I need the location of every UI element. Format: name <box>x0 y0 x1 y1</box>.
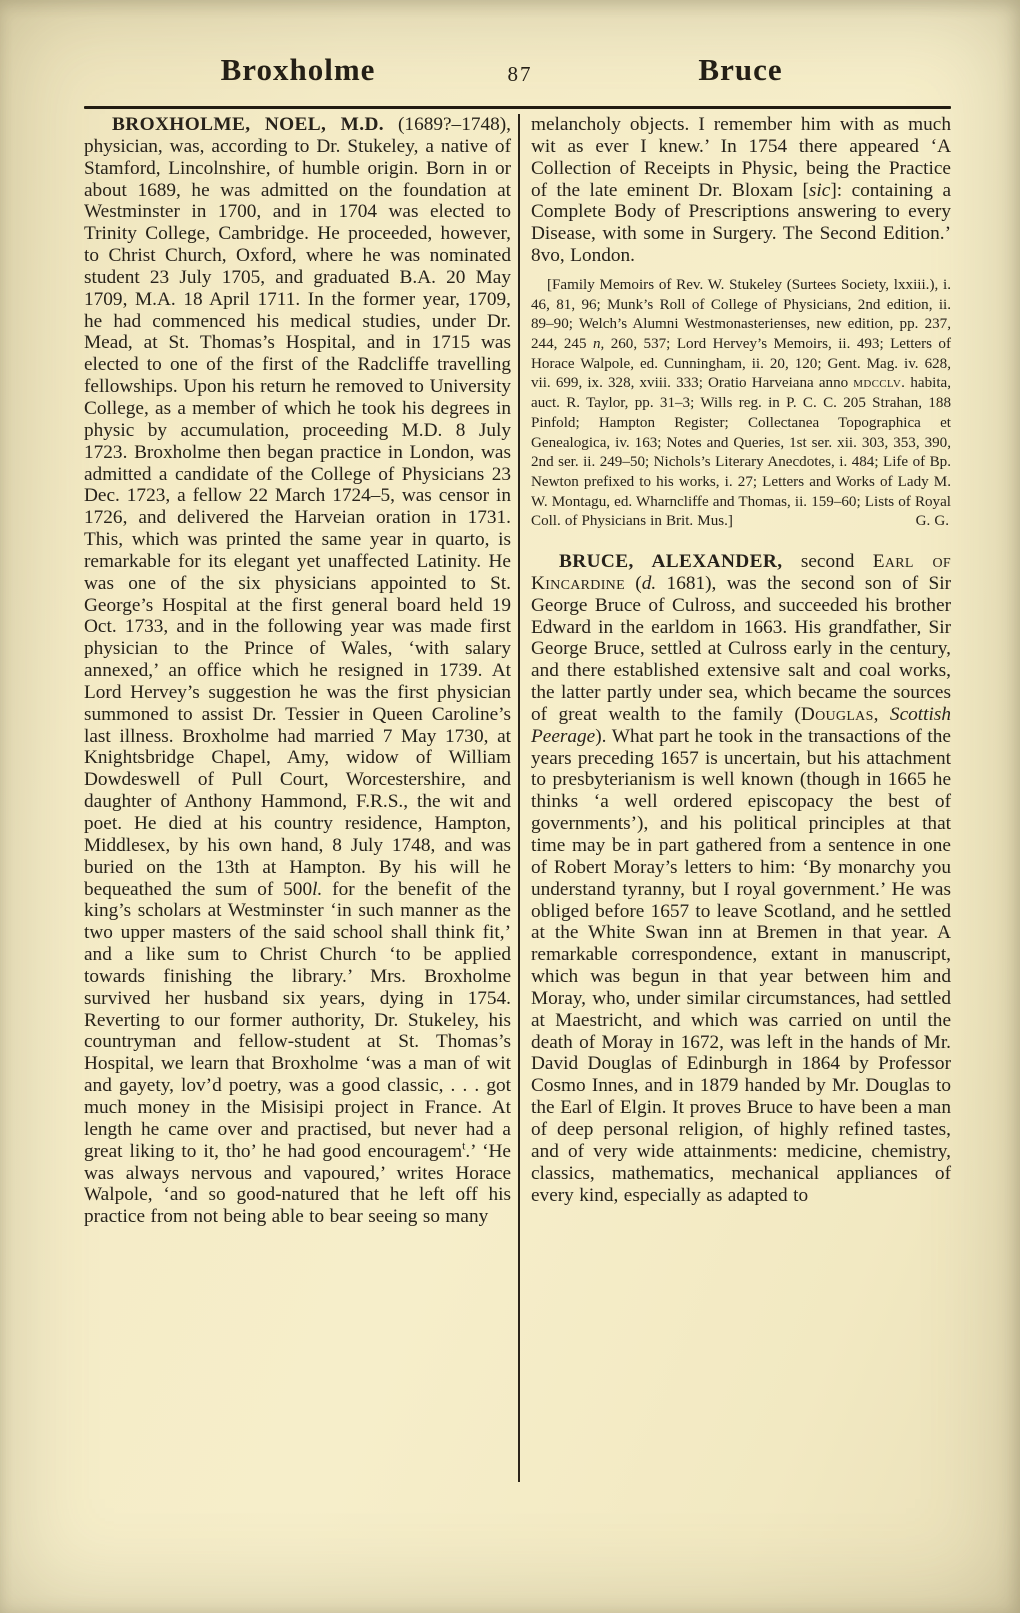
text-segment: sic <box>809 180 830 201</box>
text-segment: ). What part he took in the transactions… <box>531 726 951 1206</box>
text-columns: BROXHOLME, NOEL, M.D. (1689?–1748), phys… <box>84 114 951 1484</box>
header-rule <box>84 106 951 109</box>
text-segment: l. <box>312 879 322 900</box>
left-column: BROXHOLME, NOEL, M.D. (1689?–1748), phys… <box>84 114 511 1484</box>
text-segment: BRUCE, ALEXANDER, <box>559 551 782 572</box>
text-segment: 1681), was the second son of Sir George … <box>531 573 951 725</box>
entry-broxholme: BROXHOLME, NOEL, M.D. (1689?–1748), phys… <box>84 114 511 1228</box>
text-segment: for the benefit of the king’s scholars a… <box>84 879 511 1162</box>
text-segment: Douglas <box>801 704 874 725</box>
running-head-right: Bruce <box>531 52 950 88</box>
running-head-left: Broxholme <box>85 52 511 88</box>
column-divider <box>518 114 520 1482</box>
text-segment: habita, auct. R. Taylor, pp. 31–3; Wills… <box>531 375 951 529</box>
bibliography-broxholme: [Family Memoirs of Rev. W. Stukeley (Sur… <box>531 276 951 532</box>
text-segment: G. G. <box>900 512 951 532</box>
text-segment: , <box>874 704 890 725</box>
text-segment: d. <box>642 573 656 594</box>
entry-broxholme-continuation: melancholy objects. I remember him with … <box>531 114 951 267</box>
book-page: Broxholme 87 Bruce BROXHOLME, NOEL, M.D.… <box>0 0 1020 1613</box>
text-segment: (1689?–1748), physician, was, according … <box>84 114 511 900</box>
right-column: melancholy objects. I remember him with … <box>531 114 951 1484</box>
entry-bruce: BRUCE, ALEXANDER, second Earl of Kincard… <box>531 551 951 1206</box>
text-segment: mdcclv. <box>853 375 905 391</box>
text-segment: BROXHOLME, NOEL, M.D. <box>112 114 384 135</box>
text-segment: ( <box>625 573 642 594</box>
text-segment: second <box>782 551 872 572</box>
